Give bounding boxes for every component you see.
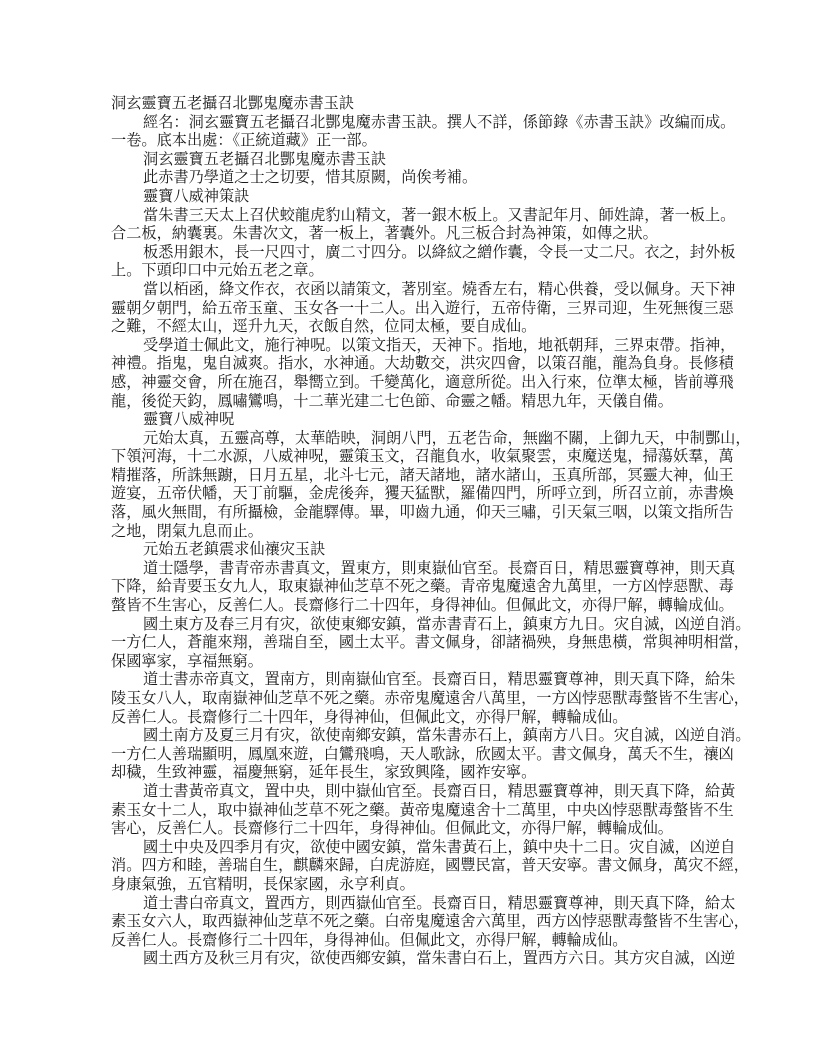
text-line: 道士書黃帝真文，置中央，則中嶽仙官至。長齋百日，精思靈寶尊神，則天真下降，給黃 [111, 782, 691, 801]
text-line: 精摧落，所誅無躕，日月五星，北斗七元，諸天諸地，諸水諸山，玉真所部，冥靈大神，仙… [111, 466, 691, 485]
text-line: 陵玉女八人，取南嶽神仙芝草不死之藥。赤帝鬼魔遠舍八萬里，一方凶悖惡獸毒螫皆不生害… [111, 689, 691, 708]
text-line: 國土西方及秋三月有灾，欲使西鄉安鎮，當朱書白石上，置西方六日。其方灾自滅，凶逆 [111, 949, 691, 968]
text-line: 板悉用銀木，長一尺四寸，廣二寸四分。以絳紋之繒作囊，令長一丈二尺。衣之，封外板 [111, 243, 691, 262]
text-line: 下降，給青要玉女九人，取東嶽神仙芝草不死之藥。青帝鬼魔遠舍九萬里，一方凶悖惡獸、… [111, 577, 691, 596]
text-line: 元始太真，五靈高尊，太華皓映，洞朗八門，五老告命，無幽不關，上御九天，中制酆山， [111, 429, 691, 448]
text-line: 上。下頭印口中元始五老之章。 [111, 261, 691, 280]
text-line: 龍，後從天鈞，鳳嘯鸞鳴，十二華光建二七色節、命靈之幡。精思九年，天儀自備。 [111, 392, 691, 411]
text-line: 此赤書乃學道之士之切要，惜其原闕，尚俟考補。 [111, 168, 691, 187]
text-line: 一方仁人，蒼龍來翔，善瑞自至，國土太平。書文佩身，卻諸禍殃，身無患橫，常與神明相… [111, 633, 691, 652]
text-line: 當朱書三天太上召伏蛟龍虎豹山精文，著一銀木板上。又書記年月、師姓諱，著一板上。 [111, 206, 691, 225]
text-line: 素玉女十二人，取中嶽神仙芝草不死之藥。黃帝鬼魔遠舍十二萬里，中央凶悖惡獸毒螫皆不… [111, 801, 691, 820]
document-page: 洞玄靈寶五老攝召北酆鬼魔赤書玉訣經名：洞玄靈寶五老攝召北酆鬼魔赤書玉訣。撰人不詳… [111, 94, 691, 968]
text-line: 元始五老鎮震求仙禳灾玉訣 [111, 540, 691, 559]
text-line: 一方仁人善瑞顯明，鳳凰來遊，白鸞飛鳴，天人歌詠，欣國太平。書文佩身，萬夭不生，禳… [111, 745, 691, 764]
text-line: 經名：洞玄靈寶五老攝召北酆鬼魔赤書玉訣。撰人不詳，係節錄《赤書玉訣》改編而成。 [111, 113, 691, 132]
text-line: 反善仁人。長齋修行二十四年，身得神仙。但佩此文，亦得尸解，轉輪成仙。 [111, 931, 691, 950]
text-line: 道士隱學，書青帝赤書真文，置東方，則東嶽仙官至。長齋百日，精思靈寶尊神，則天真 [111, 559, 691, 578]
text-line: 螫皆不生害心，反善仁人。長齋修行二十四年，身得神仙。但佩此文，亦得尸解，轉輪成仙… [111, 596, 691, 615]
text-line: 消。四方和睦，善瑞自生，麒麟來歸，白虎游庭，國豐民富，普天安寧。書文佩身，萬灾不… [111, 856, 691, 875]
text-line: 靈朝夕朝門，給五帝玉童、玉女各一十二人。出入遊行，五帝侍衛，三界司迎，生死無復三… [111, 299, 691, 318]
text-line: 當以栢函，絳文作衣，衣函以請策文，著別室。燒香左右，精心供養，受以佩身。天下神 [111, 280, 691, 299]
text-line: 靈寶八威神策訣 [111, 187, 691, 206]
text-line: 靈寶八威神呪 [111, 410, 691, 429]
text-line: 落，風火無間，有所攝檢，金龍驛傳。畢，叩齒九通，仰天三嘯，引天氣三咽，以策文指所… [111, 503, 691, 522]
text-line: 害心，反善仁人。長齋修行二十四年，身得神仙。但佩此文，亦得尸解，轉輪成仙。 [111, 819, 691, 838]
text-line: 道士書赤帝真文，置南方，則南嶽仙官至。長齋百日，精思靈寶尊神，則天真下降，給朱 [111, 670, 691, 689]
text-line: 却穢，生致神靈，福慶無窮，延年長生，家致興隆，國祚安寧。 [111, 763, 691, 782]
text-line: 下領河海，十二水源，八威神呪，靈策玉文，召龍負水，收氣聚雲，束魔送鬼，掃蕩妖羣，… [111, 447, 691, 466]
text-line: 合二板，納囊裏。朱書次文，著一板上，著囊外。凡三板合封為神策，如傳之狀。 [111, 224, 691, 243]
text-line: 遊宴，五帝伏幡，天丁前驅，金虎後奔，玃天猛獸，羅備四門，所呼立到，所召立前，赤書… [111, 484, 691, 503]
text-line: 反善仁人。長齋修行二十四年，身得神仙，但佩此文，亦得尸解，轉輪成仙。 [111, 708, 691, 727]
text-line: 保國寧家，享福無窮。 [111, 652, 691, 671]
text-line: 身康氣強，五官精明，長保家國，永亨利貞。 [111, 875, 691, 894]
text-line: 洞玄靈寶五老攝召北酆鬼魔赤書玉訣 [111, 150, 691, 169]
text-line: 之難，不經太山，逕升九天，衣飯自然，位同太極，要自成仙。 [111, 317, 691, 336]
text-line: 國土中央及四季月有灾，欲使中國安鎮，當朱書黃石上，鎮中央十二日。灾自滅，凶逆自 [111, 838, 691, 857]
document-title: 洞玄靈寶五老攝召北酆鬼魔赤書玉訣 [111, 94, 691, 113]
text-line: 感，神靈交會，所在施召，舉嚮立到。千變萬化，適意所從。出入行來，位準太極，皆前導… [111, 373, 691, 392]
text-line: 一卷。底本出處：《正統道藏》正一部。 [111, 131, 691, 150]
text-line: 素玉女六人，取西嶽神仙芝草不死之藥。白帝鬼魔遠舍六萬里，西方凶悖惡獸毒螫皆不生害… [111, 912, 691, 931]
text-line: 國土東方及春三月有灾，欲使東鄉安鎮，當赤書青石上，鎮東方九日。灾自滅，凶逆自消。 [111, 615, 691, 634]
text-line: 國土南方及夏三月有灾，欲使南鄉安鎮，當朱書赤石上，鎮南方八日。灾自滅，凶逆自消。 [111, 726, 691, 745]
text-line: 受學道士佩此文，施行神呪。以策文指天，天神下。指地，地祇朝拜，三界束帶。指神， [111, 336, 691, 355]
text-line: 道士書白帝真文，置西方，則西嶽仙官至。長齋百日，精思靈寶尊神，則天真下降，給太 [111, 894, 691, 913]
text-line: 之地，閉氣九息而止。 [111, 522, 691, 541]
text-line: 神禮。指鬼，鬼自滅爽。指水，水神通。大劫數交，洪灾四會，以策召龍，龍為負身。長修… [111, 354, 691, 373]
